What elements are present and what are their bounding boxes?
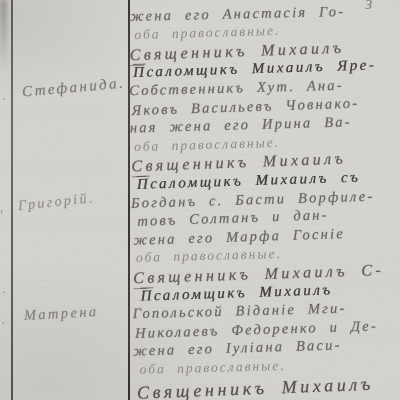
top-edge-stroke-fragment: и — [243, 0, 251, 2]
left-edge-stroke-fragment: . — [3, 281, 6, 297]
scanned-register-page: Стефанида.Григорій.Матрена жена его Анас… — [0, 0, 400, 400]
left-edge-stroke-fragment: . — [3, 88, 6, 104]
edge-fragments: иуз.,.. — [0, 0, 400, 400]
top-edge-stroke-fragment: з — [365, 0, 372, 15]
left-edge-stroke-fragment: , — [0, 200, 3, 216]
left-edge-stroke-fragment: . — [2, 312, 5, 328]
top-edge-stroke-fragment: у — [270, 0, 277, 1]
